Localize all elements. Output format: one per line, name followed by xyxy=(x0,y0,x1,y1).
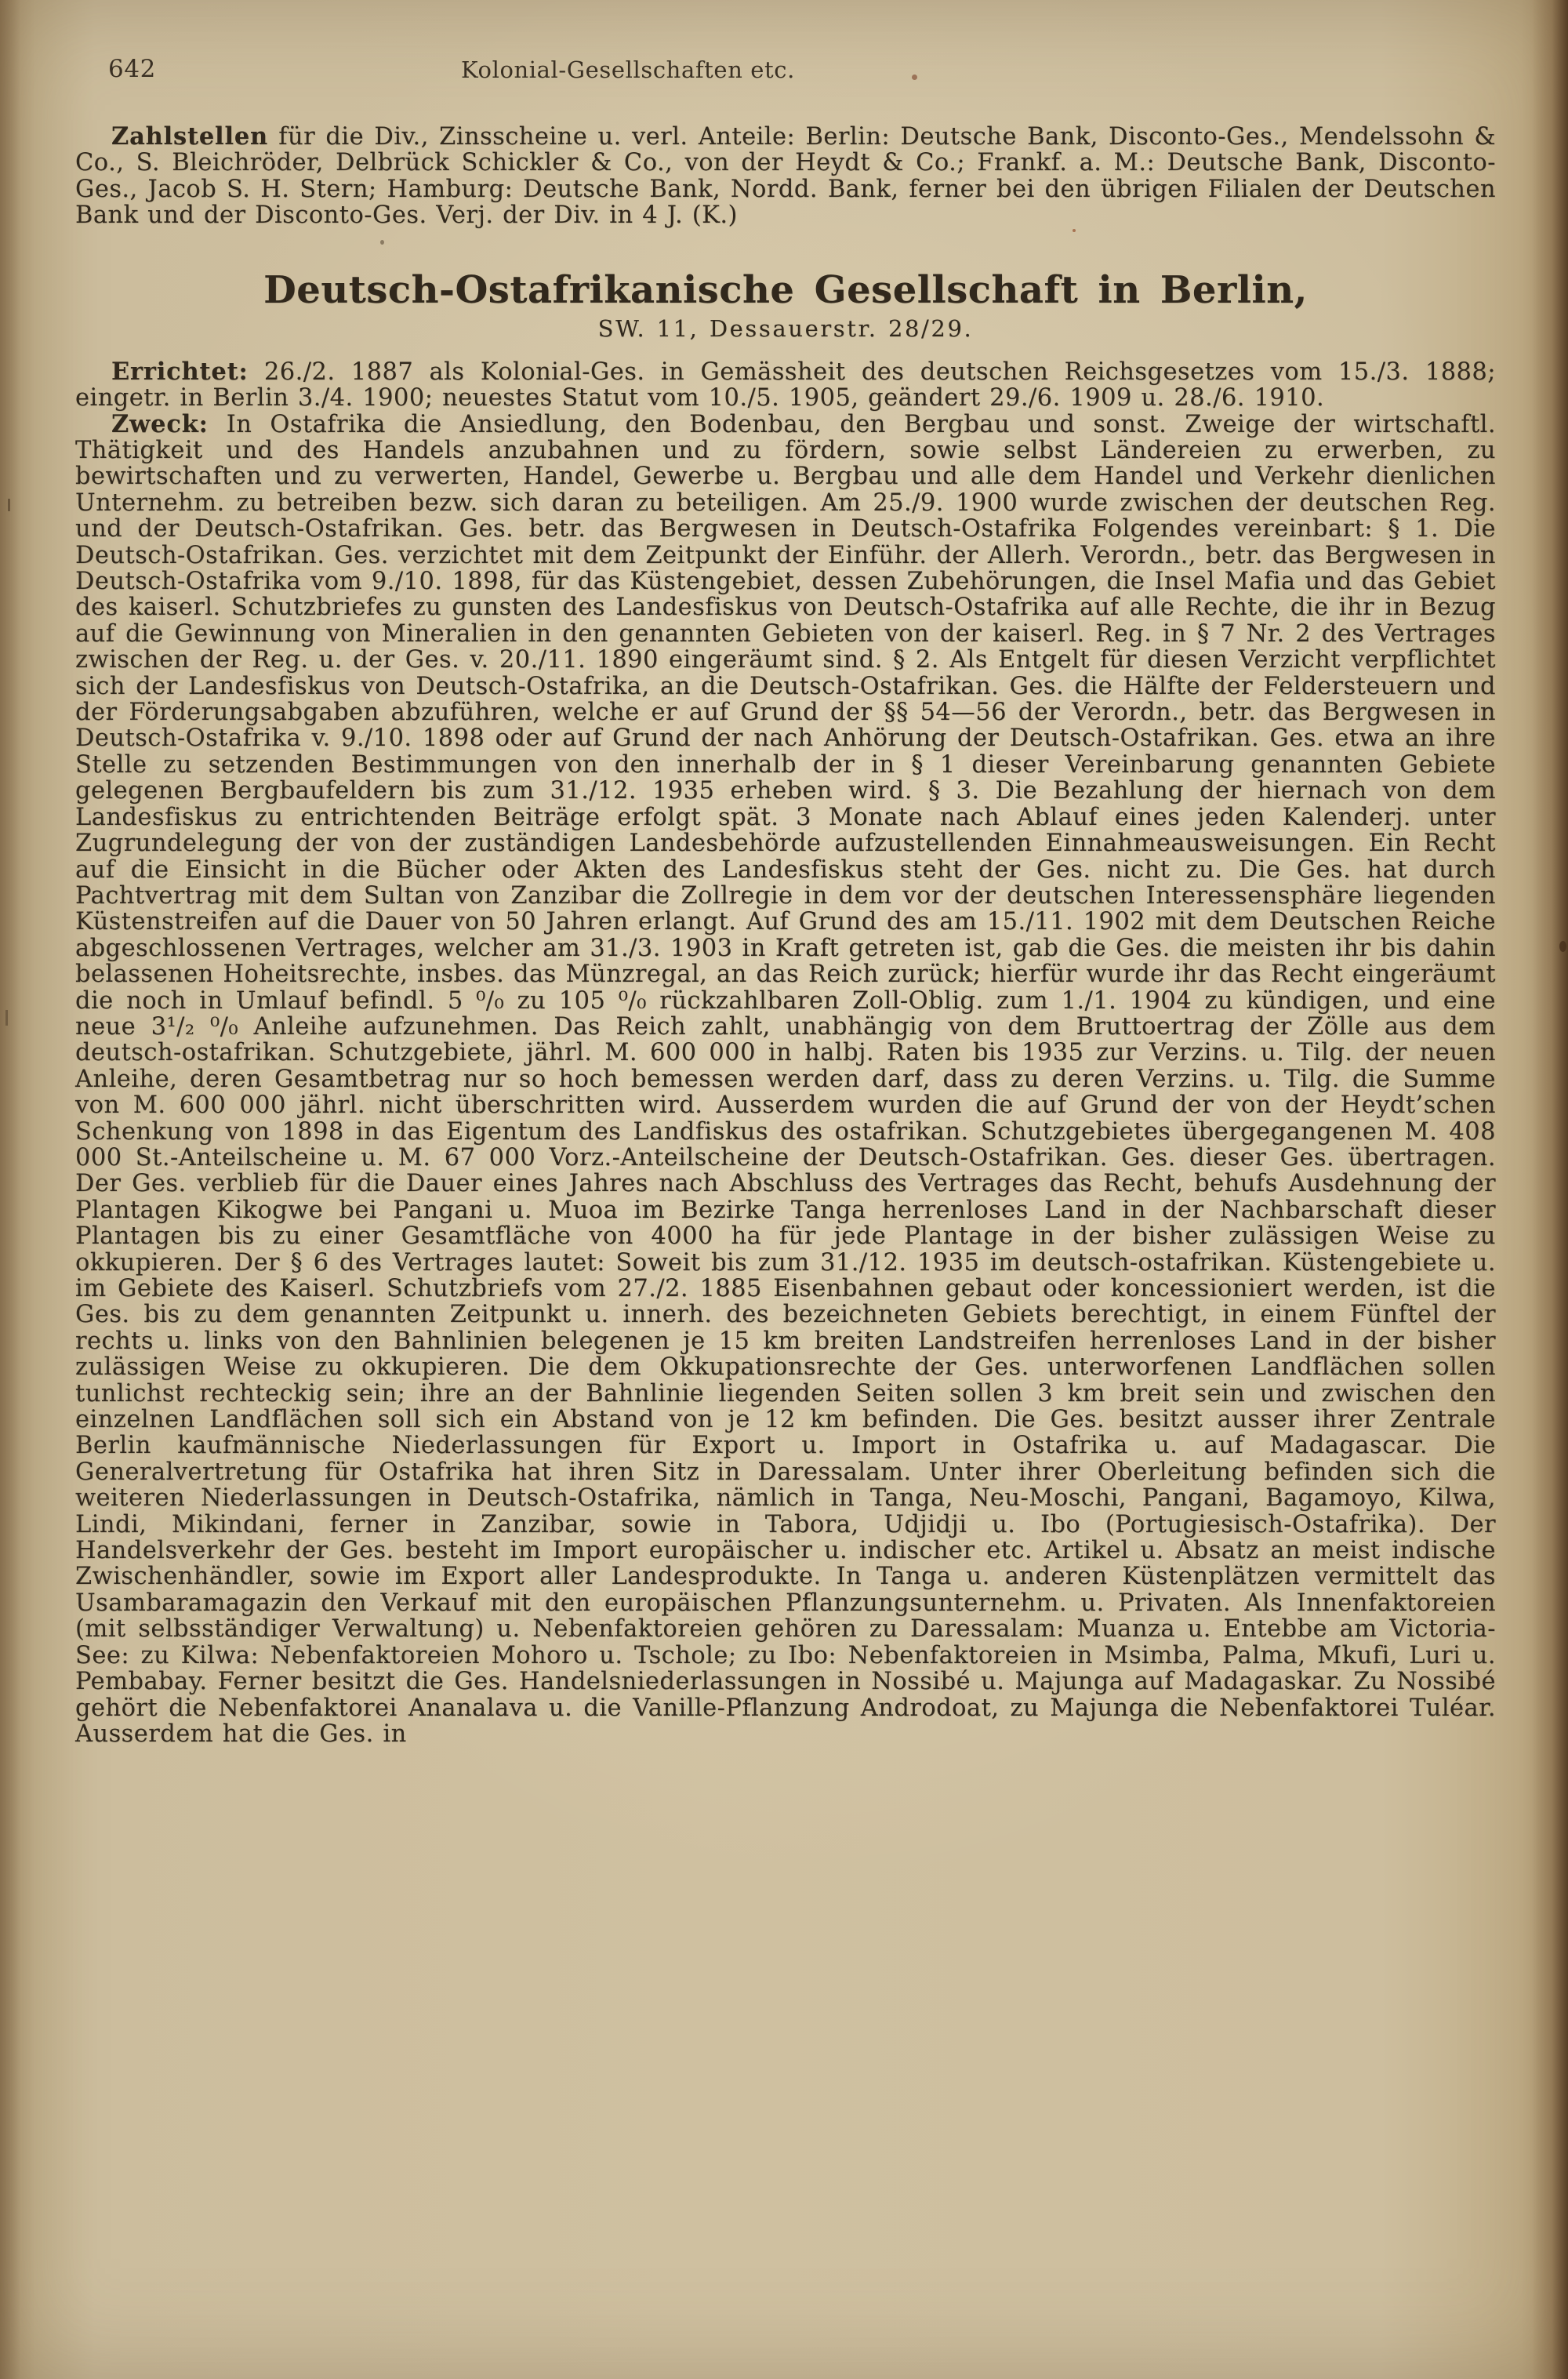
ink-speck xyxy=(912,74,917,80)
article-title: Deutsch-Ostafrikanische Gesellschaft in … xyxy=(75,270,1496,312)
page-left-edge-shading xyxy=(0,0,20,2379)
paragraph-lead-zweck: Zweck: xyxy=(111,410,209,438)
paragraph-text: 26./2. 1887 als Kolonial-Ges. in Gemässh… xyxy=(75,358,1496,412)
paying-agents-paragraph: Zahlstellen für die Div., Zinsscheine u.… xyxy=(75,124,1496,229)
ink-speck xyxy=(1073,229,1076,232)
ink-speck xyxy=(380,240,384,245)
purpose-paragraph: Zweck: In Ostafrika die Ansiedlung, den … xyxy=(75,412,1496,1748)
book-page: 642 Kolonial-Gesellschaften etc. Zahlste… xyxy=(0,0,1568,2379)
page-text-block: Zahlstellen für die Div., Zinsscheine u.… xyxy=(75,82,1496,2379)
paragraph-text: In Ostafrika die Ansiedlung, den Bodenba… xyxy=(75,411,1496,1748)
paragraph-text: für die Div., Zinsscheine u. verl. Antei… xyxy=(75,123,1496,229)
article-address: SW. 11, Dessauerstr. 28/29. xyxy=(75,316,1496,342)
running-header: 642 Kolonial-Gesellschaften etc. xyxy=(75,55,1496,83)
paragraph-lead-errichtet: Errichtet: xyxy=(111,358,249,386)
paragraph-lead-zahlstellen: Zahlstellen xyxy=(111,122,268,151)
running-head-title: Kolonial-Gesellschaften etc. xyxy=(461,56,795,83)
page-number: 642 xyxy=(108,55,156,83)
founded-paragraph: Errichtet: 26./2. 1887 als Kolonial-Ges.… xyxy=(75,359,1496,412)
book-gutter-edge xyxy=(1532,0,1568,2379)
